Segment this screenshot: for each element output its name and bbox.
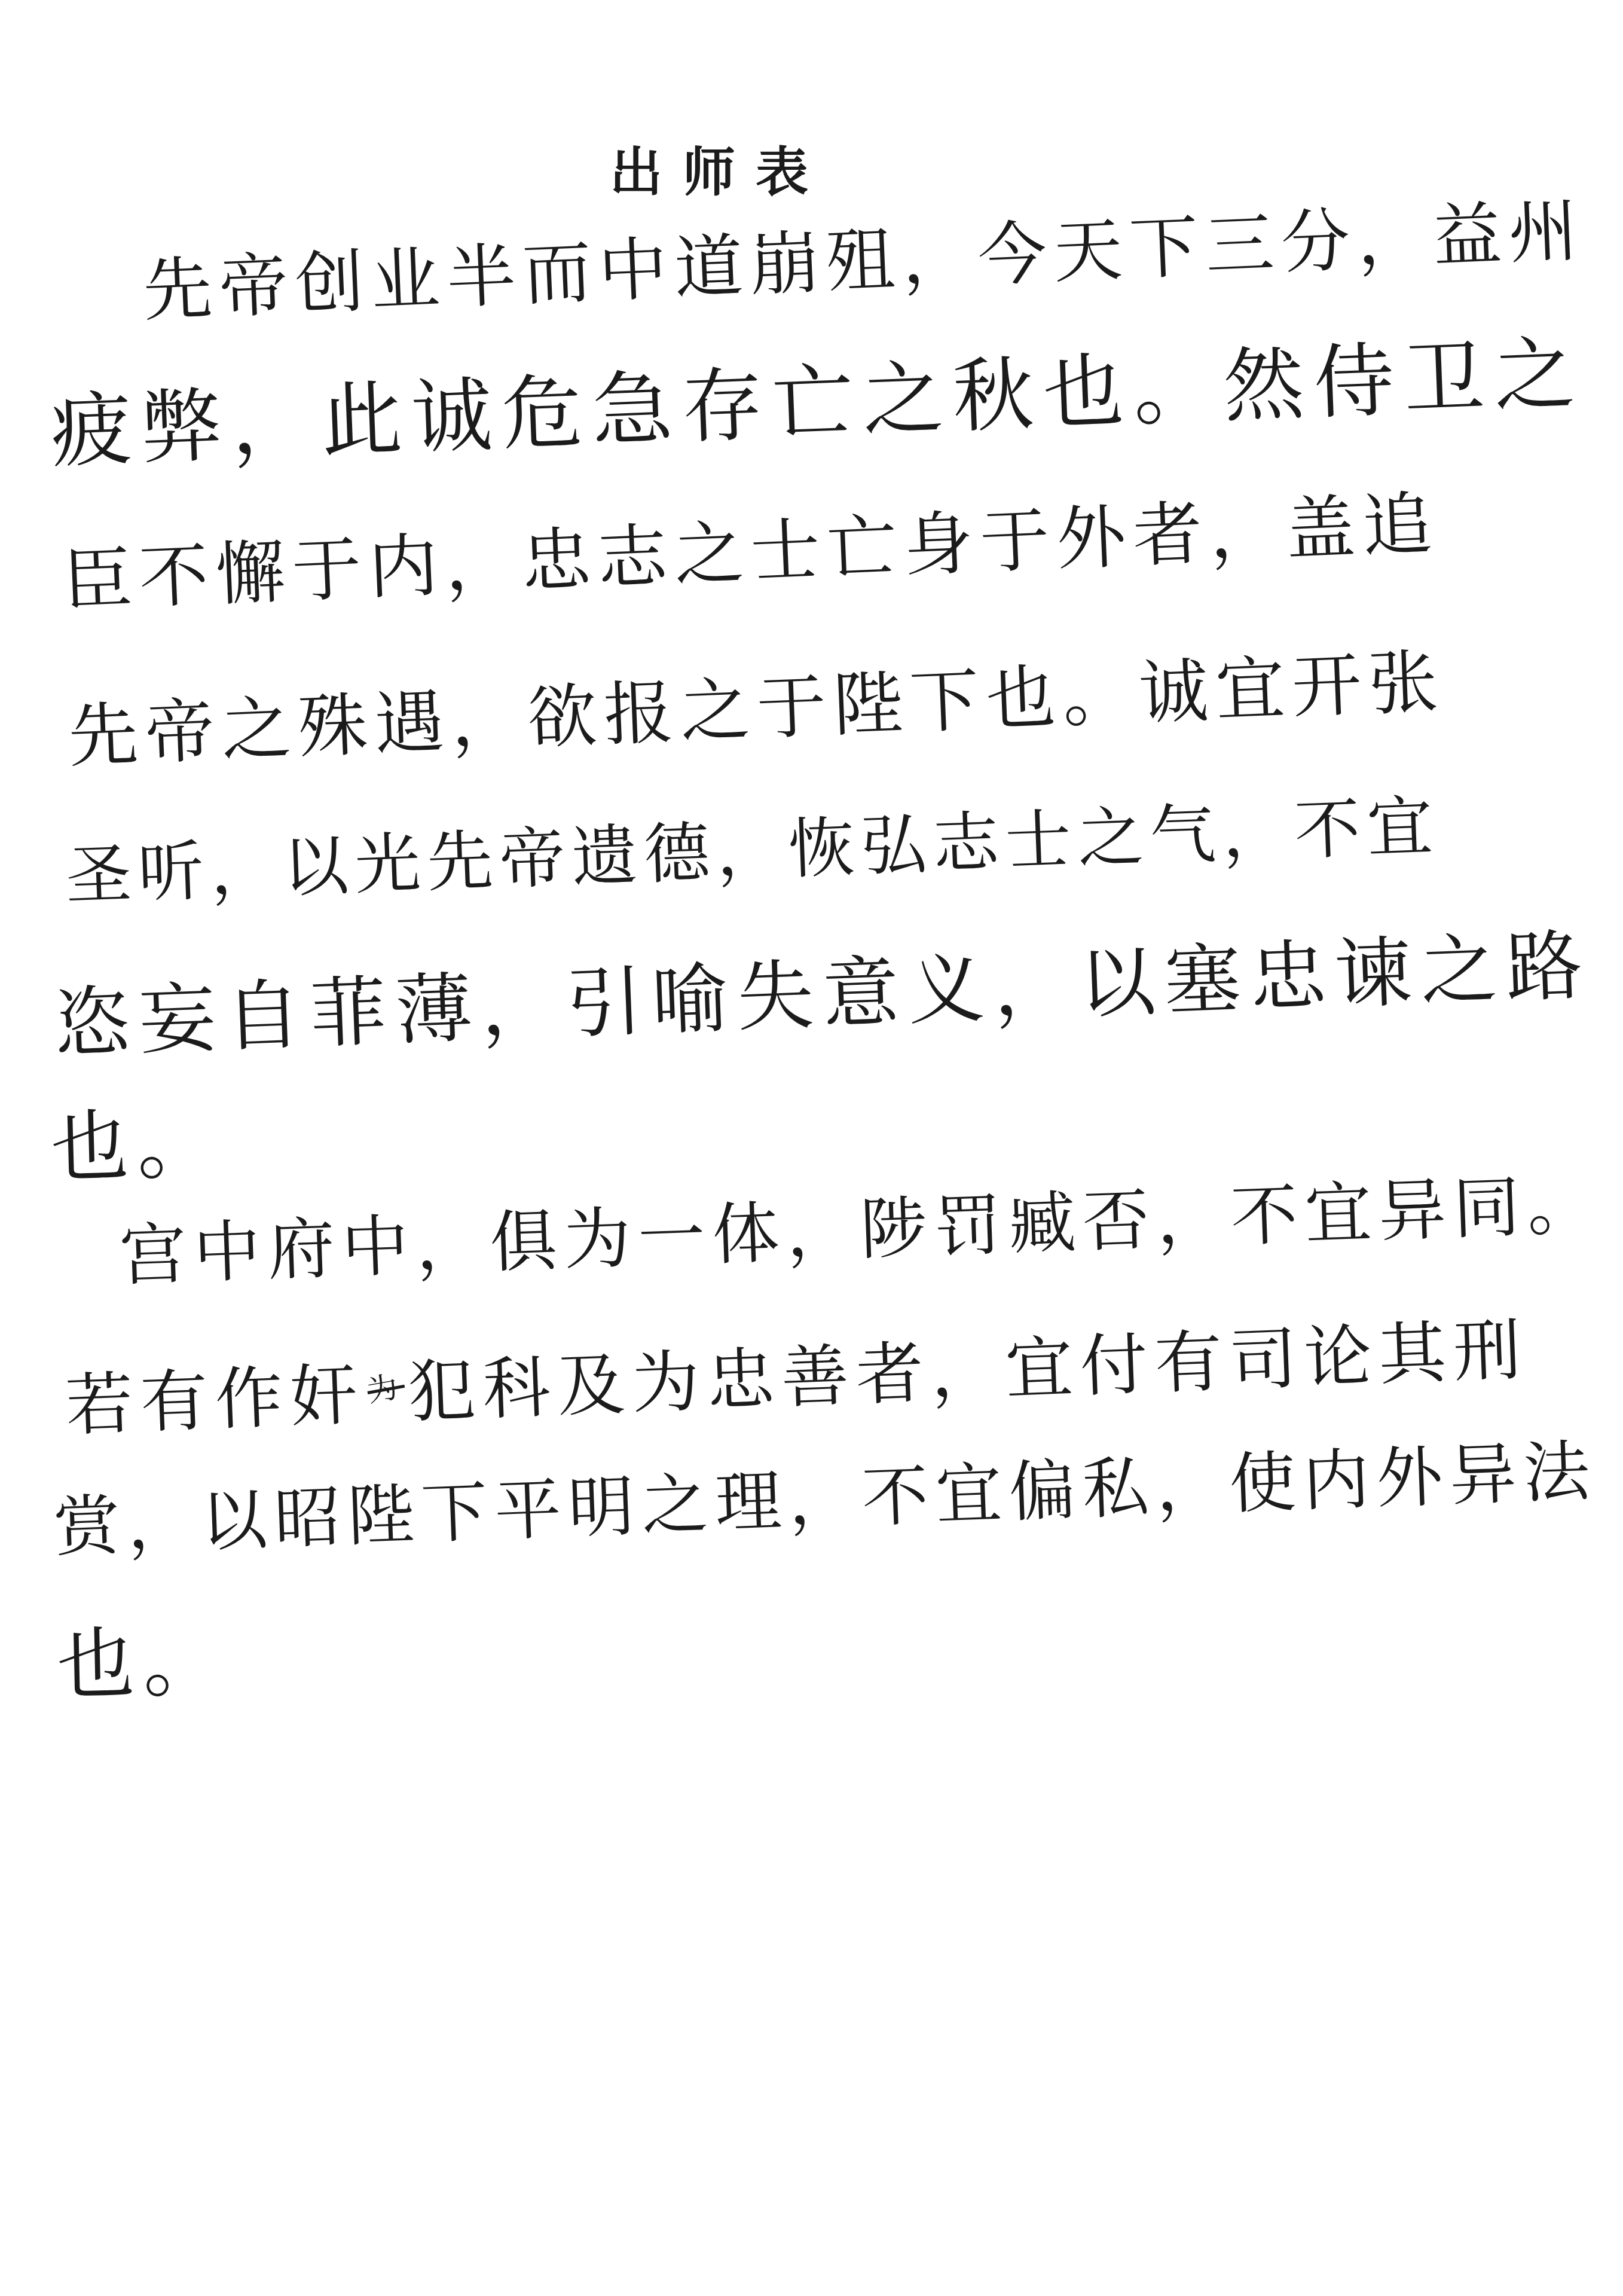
document-title: 出师表 xyxy=(610,130,829,206)
paper-page: 出师表 先帝创业半而中道崩殂，今天下三分，益州 疲弊，此诚危急存亡之秋也。然侍卫… xyxy=(0,0,1623,2296)
handwritten-line: 也。 xyxy=(50,1104,224,1186)
strikethrough-correction: 为 xyxy=(365,1370,407,1407)
handwritten-line: 恣妄自菲薄，引喻失意义，以塞忠谏之路 xyxy=(53,927,1593,1063)
handwritten-line: 若有作奸为犯科及为忠善者，宜付有司论其刑 xyxy=(65,1316,1530,1440)
handwritten-line: 也。 xyxy=(56,1623,230,1704)
handwritten-line: 先帝创业半而中道崩殂，今天下三分，益州 xyxy=(142,197,1587,326)
handwritten-line: 先帝之殊遇，欲报之于陛下也。诚宜开张 xyxy=(68,648,1447,772)
handwritten-line: 赏，以昭陛下平明之理，不宜偏私，使内外异法 xyxy=(53,1438,1598,1561)
handwritten-line: 疲弊，此诚危急存亡之秋也。然侍卫之 xyxy=(49,333,1585,472)
handwritten-line: 圣听，以光先帝遗德，恢弘志士之气，不宜 xyxy=(65,793,1440,909)
handwritten-line: 臣不懈于内，忠志之士亡身于外者，盖追 xyxy=(62,490,1441,616)
line-text: 若有作奸 xyxy=(64,1355,366,1445)
handwritten-line: 宫中府中，俱为一体，陟罚臧否，不宜异同。 xyxy=(118,1171,1602,1289)
line-text: 犯科及为忠善者，宜付有司论其刑 xyxy=(406,1310,1530,1432)
